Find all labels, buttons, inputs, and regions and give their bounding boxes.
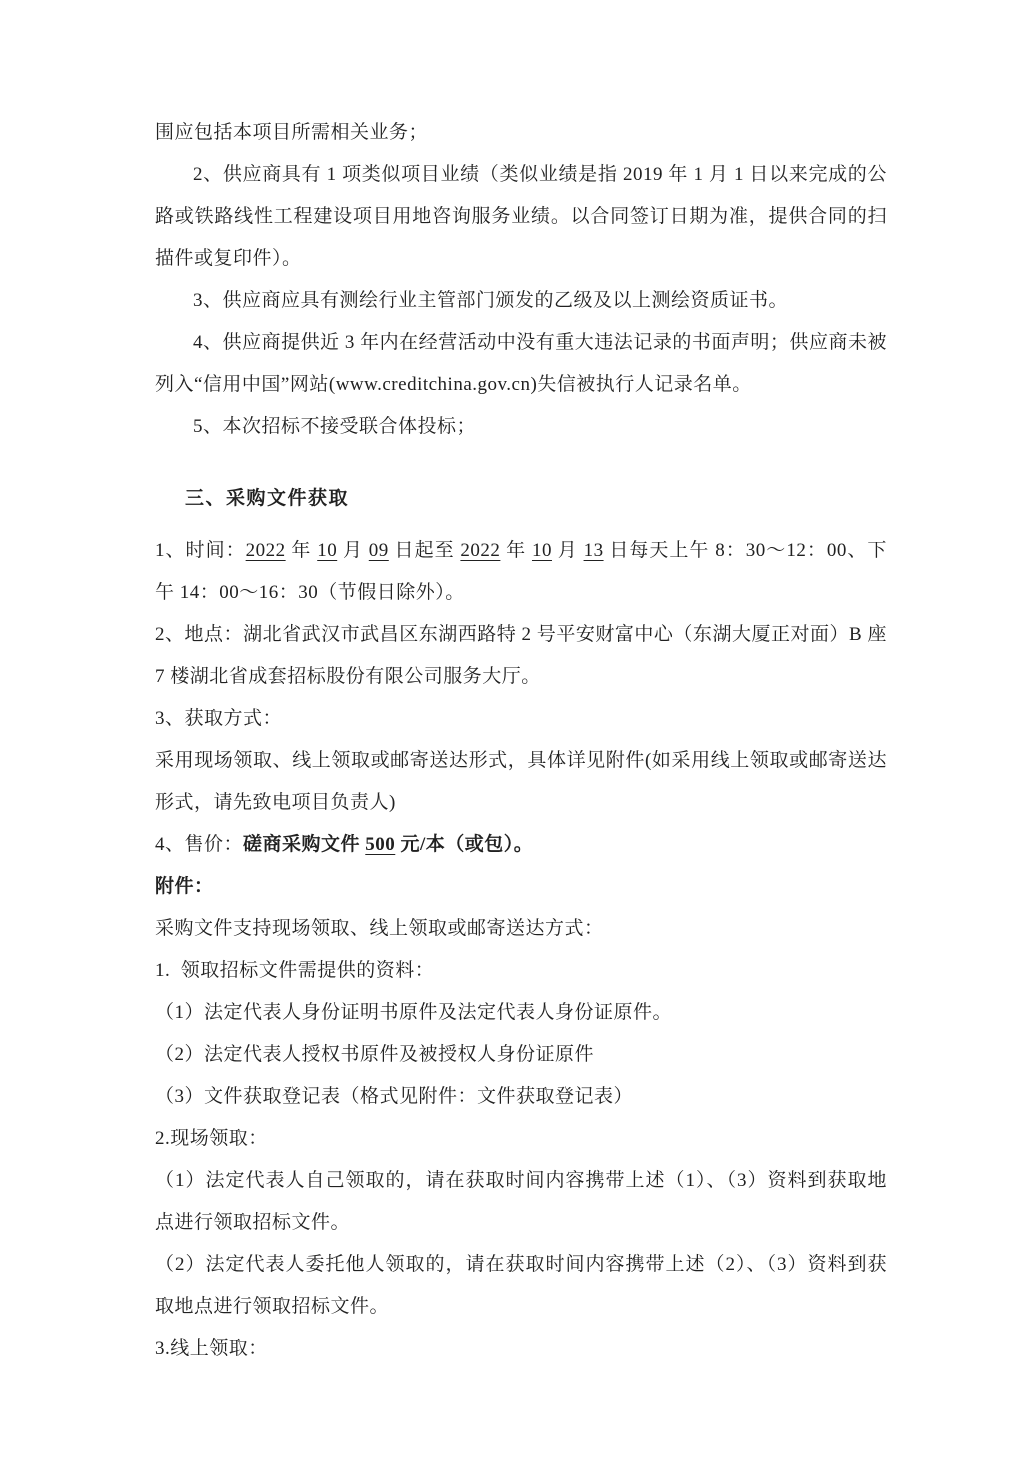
para-supplier-requirement-5: 5、本次招标不接受联合体投标； xyxy=(155,406,887,448)
para-acquisition-time-run-5: 09 xyxy=(369,540,389,561)
para-acquisition-method-label: 3、获取方式： xyxy=(155,698,887,740)
para-supplier-requirement-3-run-0: 3、供应商应具有测绘行业主管部门颁发的乙级及以上测绘资质证书。 xyxy=(193,290,788,311)
para-attachment-item-2-2-run-0: （2）法定代表人委托他人领取的，请在获取时间内容携带上述（2）、（3）资料到获取… xyxy=(155,1254,887,1317)
para-attachment-item-2: 2.现场领取： xyxy=(155,1118,887,1160)
section-title-document-acquisition-run-0: 三、采购文件获取 xyxy=(185,488,349,509)
para-attachment-item-1-1-run-0: （1）法定代表人身份证明书原件及法定代表人身份证原件。 xyxy=(155,1002,672,1023)
para-attachment-item-2-1: （1）法定代表人自己领取的，请在获取时间内容携带上述（1）、（3）资料到获取地点… xyxy=(155,1160,887,1244)
para-attachment-item-2-run-0: 2.现场领取： xyxy=(155,1128,268,1149)
para-price-run-2: 500 xyxy=(365,834,395,855)
para-acquisition-time-run-11: 13 xyxy=(584,540,604,561)
para-scope-tail: 围应包括本项目所需相关业务； xyxy=(155,112,887,154)
para-attachment-intro: 采购文件支持现场领取、线上领取或邮寄送达方式： xyxy=(155,908,887,950)
document-page: 围应包括本项目所需相关业务；2、供应商具有 1 项类似项目业绩（类似业绩是指 2… xyxy=(0,0,1031,1457)
para-supplier-requirement-5-run-0: 5、本次招标不接受联合体投标； xyxy=(193,416,476,437)
para-acquisition-time-run-3: 10 xyxy=(317,540,337,561)
para-price-run-0: 4、售价： xyxy=(155,834,243,855)
para-attachment-label-run-0: 附件： xyxy=(155,876,214,897)
para-supplier-requirement-3: 3、供应商应具有测绘行业主管部门颁发的乙级及以上测绘资质证书。 xyxy=(155,280,887,322)
para-attachment-item-1: 1. 领取招标文件需提供的资料： xyxy=(155,950,887,992)
para-acquisition-time-run-1: 2022 xyxy=(246,540,286,561)
para-attachment-item-2-2: （2）法定代表人委托他人领取的，请在获取时间内容携带上述（2）、（3）资料到获取… xyxy=(155,1244,887,1328)
para-acquisition-time-run-2: 年 xyxy=(286,540,318,561)
para-attachment-item-2-1-run-0: （1）法定代表人自己领取的，请在获取时间内容携带上述（1）、（3）资料到获取地点… xyxy=(155,1170,887,1233)
para-attachment-item-1-1: （1）法定代表人身份证明书原件及法定代表人身份证原件。 xyxy=(155,992,887,1034)
document-body: 围应包括本项目所需相关业务；2、供应商具有 1 项类似项目业绩（类似业绩是指 2… xyxy=(0,0,1031,1457)
para-scope-tail-run-0: 围应包括本项目所需相关业务； xyxy=(155,122,428,143)
para-attachment-label: 附件： xyxy=(155,866,887,908)
para-acquisition-time: 1、时间：2022 年 10 月 09 日起至 2022 年 10 月 13 日… xyxy=(155,530,887,614)
para-price: 4、售价：磋商采购文件 500 元/本（或包）。 xyxy=(155,824,887,866)
para-price-run-1: 磋商采购文件 xyxy=(243,834,365,855)
para-attachment-item-1-2: （2）法定代表人授权书原件及被授权人身份证原件 xyxy=(155,1034,887,1076)
para-acquisition-location-run-0: 2、地点：湖北省武汉市武昌区东湖西路特 2 号平安财富中心（东湖大厦正对面）B … xyxy=(155,624,892,687)
para-acquisition-time-run-10: 月 xyxy=(552,540,584,561)
para-acquisition-time-run-9: 10 xyxy=(532,540,552,561)
para-attachment-item-1-2-run-0: （2）法定代表人授权书原件及被授权人身份证原件 xyxy=(155,1044,594,1065)
para-attachment-item-3: 3.线上领取： xyxy=(155,1328,887,1370)
section-title-document-acquisition: 三、采购文件获取 xyxy=(155,478,887,520)
para-supplier-requirement-2-run-0: 2、供应商具有 1 项类似项目业绩（类似业绩是指 2019 年 1 月 1 日以… xyxy=(155,164,887,269)
para-acquisition-time-run-4: 月 xyxy=(337,540,369,561)
para-attachment-item-1-run-0: 1. 领取招标文件需提供的资料： xyxy=(155,960,434,981)
para-acquisition-time-run-6: 日起至 xyxy=(389,540,461,561)
para-acquisition-location: 2、地点：湖北省武汉市武昌区东湖西路特 2 号平安财富中心（东湖大厦正对面）B … xyxy=(155,614,887,698)
para-supplier-requirement-4-run-0: 4、供应商提供近 3 年内在经营活动中没有重大违法记录的书面声明；供应商未被列入… xyxy=(155,332,887,395)
para-attachment-item-1-3: （3）文件获取登记表（格式见附件：文件获取登记表） xyxy=(155,1076,887,1118)
para-attachment-item-3-run-0: 3.线上领取： xyxy=(155,1338,268,1359)
para-attachment-intro-run-0: 采购文件支持现场领取、线上领取或邮寄送达方式： xyxy=(155,918,604,939)
para-acquisition-time-run-7: 2022 xyxy=(460,540,500,561)
para-attachment-item-1-3-run-0: （3）文件获取登记表（格式见附件：文件获取登记表） xyxy=(155,1086,633,1107)
para-acquisition-time-run-8: 年 xyxy=(500,540,532,561)
para-acquisition-method-label-run-0: 3、获取方式： xyxy=(155,708,282,729)
para-acquisition-method-detail: 采用现场领取、线上领取或邮寄送达形式，具体详见附件(如采用线上领取或邮寄送达形式… xyxy=(155,740,887,824)
para-price-run-3: 元/本（或包）。 xyxy=(395,834,533,855)
para-acquisition-time-run-0: 1、时间： xyxy=(155,540,246,561)
para-supplier-requirement-4: 4、供应商提供近 3 年内在经营活动中没有重大违法记录的书面声明；供应商未被列入… xyxy=(155,322,887,406)
para-acquisition-method-detail-run-0: 采用现场领取、线上领取或邮寄送达形式，具体详见附件(如采用线上领取或邮寄送达形式… xyxy=(155,750,887,813)
para-supplier-requirement-2: 2、供应商具有 1 项类似项目业绩（类似业绩是指 2019 年 1 月 1 日以… xyxy=(155,154,887,280)
